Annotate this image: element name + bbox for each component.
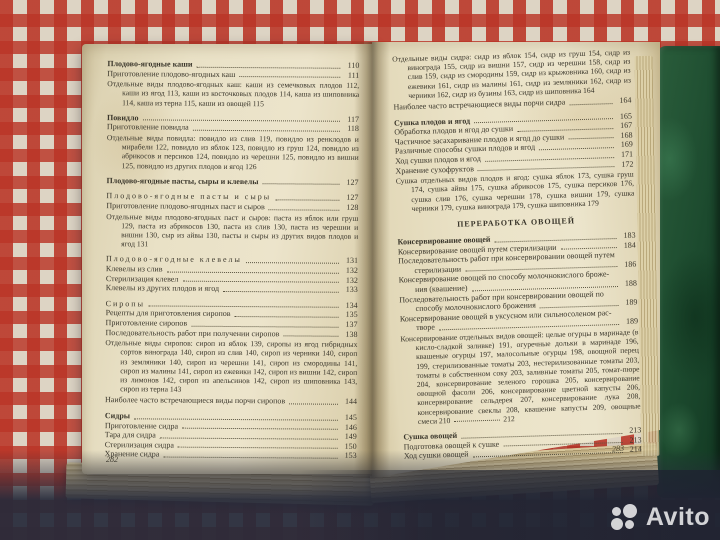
toc-page-number: 171 bbox=[617, 149, 633, 159]
toc-entry-title: Стерилизация сидра bbox=[105, 440, 174, 450]
toc-leader-dots bbox=[246, 262, 339, 264]
toc-section-heading: ПЕРЕРАБОТКА ОВОЩЕЙ bbox=[397, 214, 635, 230]
book-gutter-shadow bbox=[354, 42, 390, 478]
toc-leader-dots bbox=[454, 419, 500, 421]
toc-page-number: 149 bbox=[341, 432, 357, 442]
toc-leader-dots bbox=[142, 120, 340, 122]
toc-subentry-block: Отдельные виды сидра: сидр из яблок 154,… bbox=[392, 48, 631, 101]
toc-entry-title: Сидры bbox=[105, 411, 130, 421]
toc-page-number: 127 bbox=[342, 193, 358, 203]
toc-page-number: 189 bbox=[621, 298, 637, 308]
toc-leader-dots bbox=[262, 184, 339, 186]
photo-scene: Плодово-ягодные каши110Приготовление пло… bbox=[0, 0, 720, 540]
toc-page-number: 132 bbox=[342, 266, 358, 276]
toc-page-number: 110 bbox=[343, 61, 359, 71]
toc-entry-title: Клевелы из других плодов и ягод bbox=[106, 283, 219, 293]
toc-page-number: 146 bbox=[341, 422, 357, 432]
toc-leader-dots bbox=[160, 437, 338, 439]
toc-entry-title: Последовательность работ при получении с… bbox=[105, 328, 279, 339]
toc-leader-dots bbox=[191, 325, 338, 327]
toc-page-number: 186 bbox=[620, 259, 636, 269]
toc-page-number: 117 bbox=[343, 115, 359, 125]
toc-leader-dots bbox=[182, 281, 339, 283]
toc-leader-dots bbox=[289, 403, 338, 404]
toc-leader-dots bbox=[134, 418, 338, 420]
toc-leader-dots bbox=[269, 209, 340, 210]
toc-subentry-block: Консервирование отдельных видов овощей: … bbox=[400, 327, 641, 426]
toc-leader-dots bbox=[196, 66, 340, 68]
toc-page-number: 189 bbox=[622, 317, 638, 327]
toc-entry-title: Приготовление повидла bbox=[107, 123, 189, 133]
toc-leader-dots bbox=[223, 291, 339, 293]
toc-page-number: 212 bbox=[503, 414, 515, 423]
toc-page-number: 145 bbox=[341, 413, 357, 423]
toc-page-number: 188 bbox=[621, 278, 637, 288]
toc-subentry-block: Отдельные виды плодово-ягодных каш: каши… bbox=[107, 79, 359, 108]
toc-page-number: 132 bbox=[342, 275, 358, 285]
toc-leader-dots bbox=[283, 336, 338, 337]
toc-page-number: 137 bbox=[342, 320, 358, 330]
toc-page-number: 169 bbox=[617, 140, 633, 150]
toc-leader-dots bbox=[182, 428, 338, 430]
toc-entry-title: Приготовление плодово-ягодных паст и сыр… bbox=[106, 201, 264, 212]
toc-leader-dots bbox=[275, 199, 339, 200]
toc-subentry-block: Отдельные виды повидла: повидло из слив … bbox=[107, 133, 359, 172]
avito-wordmark: Avito bbox=[646, 503, 710, 532]
toc-page-number: 168 bbox=[616, 130, 632, 140]
green-book-cover bbox=[657, 46, 720, 498]
toc-page-number: 135 bbox=[342, 310, 358, 320]
toc-page-number: 111 bbox=[343, 70, 359, 80]
toc-page-number: 213 bbox=[625, 425, 641, 435]
toc-entry: Наиболее часто встречающиеся виды порчи … bbox=[105, 395, 357, 406]
toc-entry-title: Приготовление сиропов bbox=[106, 318, 188, 328]
toc-entry-title: творе bbox=[400, 323, 435, 334]
toc-entry-title: Стерилизация клевел bbox=[106, 274, 179, 284]
toc-subentry-block: Отдельные виды плодово-ягодных паст и сы… bbox=[106, 212, 358, 251]
toc-leader-dots bbox=[193, 130, 340, 132]
toc-entry: Клевелы из других плодов и ягод133 bbox=[106, 283, 358, 294]
toc-entry-title: Клевелы из слив bbox=[106, 264, 163, 274]
toc-leader-dots bbox=[235, 316, 339, 318]
toc-entry: Приготовление повидла118 bbox=[107, 123, 359, 134]
toc-entry-title: Наиболее часто встречающиеся виды порчи … bbox=[105, 395, 285, 406]
toc-leader-dots bbox=[166, 271, 338, 273]
toc-page-number: 133 bbox=[342, 285, 358, 295]
toc-leader-dots bbox=[149, 306, 339, 308]
toc-page-number: 164 bbox=[615, 96, 631, 106]
toc-page-number: 118 bbox=[343, 124, 359, 134]
toc-page-number: 184 bbox=[620, 240, 636, 250]
right-page-toc: Отдельные виды сидра: сидр из яблок 154,… bbox=[392, 47, 642, 462]
toc-page-number: 138 bbox=[341, 329, 357, 339]
toc-entry-title: Плодово-ягодные каши bbox=[107, 59, 192, 69]
avito-logo-icon bbox=[611, 504, 639, 532]
toc-page-number: 131 bbox=[342, 256, 358, 266]
toc-entry-title: Приготовление сидра bbox=[105, 421, 178, 431]
toc-entry-title: Сиропы bbox=[106, 299, 145, 309]
toc-entry-title: Тара для сидра bbox=[105, 430, 156, 440]
toc-leader-dots bbox=[569, 103, 612, 105]
toc-entry: Приготовление плодово-ягодных каш111 bbox=[107, 69, 359, 80]
toc-entry-title: Повидло bbox=[107, 113, 139, 123]
toc-leader-dots bbox=[568, 137, 613, 139]
avito-watermark: Avito bbox=[611, 503, 710, 532]
toc-page-number: 128 bbox=[342, 203, 358, 213]
toc-page-number: 127 bbox=[343, 178, 359, 188]
toc-page-number: 165 bbox=[616, 111, 632, 121]
toc-page-number: 172 bbox=[617, 159, 633, 169]
toc-page-number: 144 bbox=[341, 397, 357, 407]
toc-entry: Приготовление плодово-ягодных паст и сыр… bbox=[106, 201, 358, 212]
toc-leader-dots bbox=[178, 447, 338, 449]
toc-entry: Плодово-ягодные пасты, сыры и клевелы127 bbox=[107, 176, 359, 187]
toc-page-number: 183 bbox=[619, 230, 635, 240]
left-page-toc: Плодово-ягодные каши110Приготовление пло… bbox=[105, 53, 360, 467]
toc-page-number: 134 bbox=[342, 301, 358, 311]
toc-entry-title: Приготовление плодово-ягодных каш bbox=[107, 69, 235, 79]
open-book: Плодово-ягодные каши110Приготовление пло… bbox=[82, 42, 660, 478]
toc-entry: Последовательность работ при получении с… bbox=[105, 328, 357, 339]
toc-page-number: 213 bbox=[625, 435, 641, 445]
toc-entry-title: Плодово-ягодные пасты, сыры и клевелы bbox=[107, 176, 259, 187]
toc-subentry-block: Отдельные виды сиропов: сироп из яблок 1… bbox=[105, 338, 357, 395]
toc-subentry-block: Сушка отдельных видов плодов и ягод: суш… bbox=[396, 170, 635, 214]
toc-leader-dots bbox=[239, 76, 340, 78]
toc-page-number: 167 bbox=[616, 121, 632, 131]
